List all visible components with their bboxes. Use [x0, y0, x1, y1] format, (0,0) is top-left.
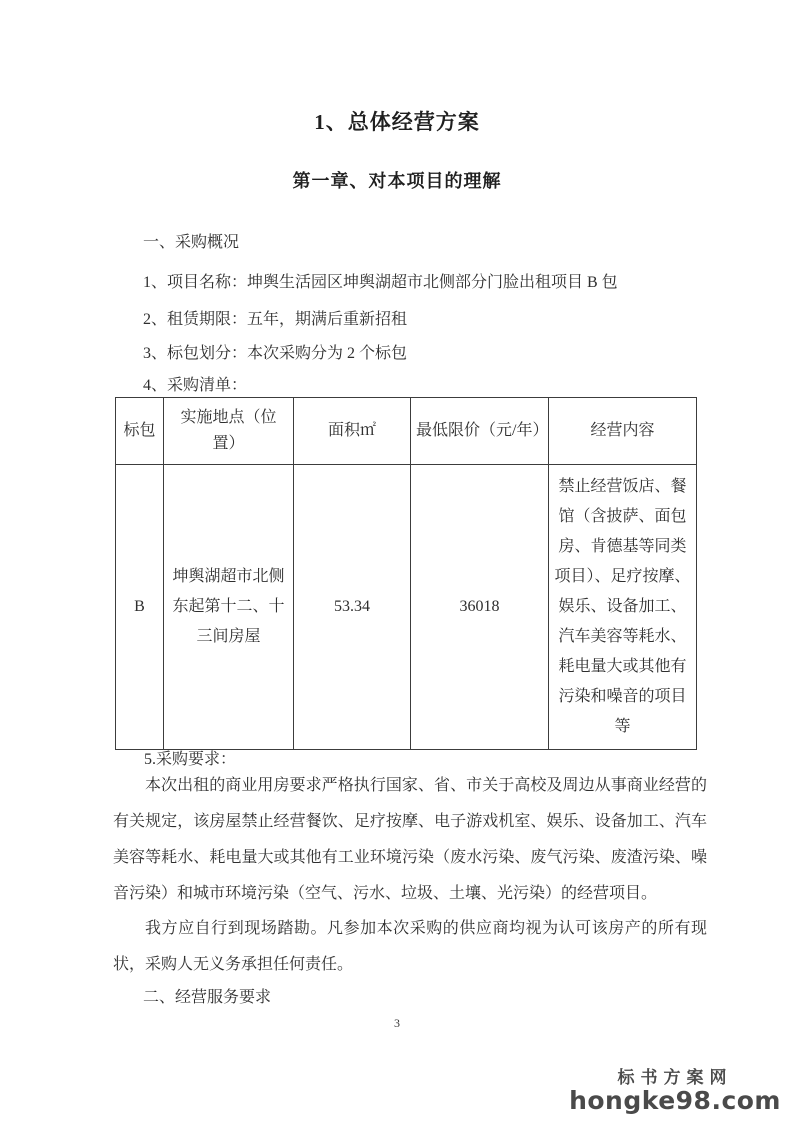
- cell-location: 坤舆湖超市北侧东起第十二、十三间房屋: [164, 465, 294, 750]
- procurement-table: 标包 实施地点（位置） 面积㎡ 最低限价（元/年） 经营内容 B 坤舆湖超市北侧…: [115, 397, 697, 750]
- watermark-site-url: hongke98.com: [569, 1088, 781, 1113]
- table-header-location: 实施地点（位置）: [164, 398, 294, 465]
- watermark-site-name: 标书方案网: [569, 1068, 781, 1088]
- heading-procurement-requirements: 5.采购要求：: [144, 746, 236, 769]
- list-item-project-name: 1、项目名称：坤舆生活园区坤舆湖超市北侧部分门脸出租项目 B 包: [143, 269, 618, 292]
- table-row: B 坤舆湖超市北侧东起第十二、十三间房屋 53.34 36018 禁止经营饭店、…: [116, 465, 697, 750]
- cell-area: 53.34: [294, 465, 411, 750]
- document-title: 1、总体经营方案: [0, 106, 794, 136]
- table-header-package: 标包: [116, 398, 164, 465]
- cell-business-content: 禁止经营饭店、餐馆（含披萨、面包房、肯德基等同类项目）、足疗按摩、娱乐、设备加工…: [549, 465, 697, 750]
- paragraph-rental-restrictions: 本次出租的商业用房要求严格执行国家、省、市关于高校及周边从事商业经营的有关规定，…: [113, 768, 707, 912]
- section-heading-service-requirements: 二、经营服务要求: [143, 984, 271, 1007]
- section-heading-procurement-overview: 一、采购概况: [143, 229, 239, 252]
- list-item-procurement-list: 4、采购清单：: [143, 372, 247, 395]
- watermark: 标书方案网 hongke98.com: [569, 1068, 781, 1113]
- cell-package: B: [116, 465, 164, 750]
- table-header-business-content: 经营内容: [549, 398, 697, 465]
- document-page: 1、总体经营方案 第一章、对本项目的理解 一、采购概况 1、项目名称：坤舆生活园…: [0, 0, 794, 1122]
- page-number: 3: [0, 1016, 794, 1031]
- list-item-lease-term: 2、租赁期限：五年，期满后重新招租: [143, 306, 407, 329]
- chapter-title: 第一章、对本项目的理解: [0, 167, 794, 193]
- list-item-package-division: 3、标包划分：本次采购分为 2 个标包: [143, 340, 407, 363]
- table-header-row: 标包 实施地点（位置） 面积㎡ 最低限价（元/年） 经营内容: [116, 398, 697, 465]
- table-header-min-price: 最低限价（元/年）: [411, 398, 549, 465]
- table-header-area: 面积㎡: [294, 398, 411, 465]
- cell-min-price: 36018: [411, 465, 549, 750]
- paragraph-site-visit: 我方应自行到现场踏勘。凡参加本次采购的供应商均视为认可该房产的所有现状，采购人无…: [113, 911, 707, 983]
